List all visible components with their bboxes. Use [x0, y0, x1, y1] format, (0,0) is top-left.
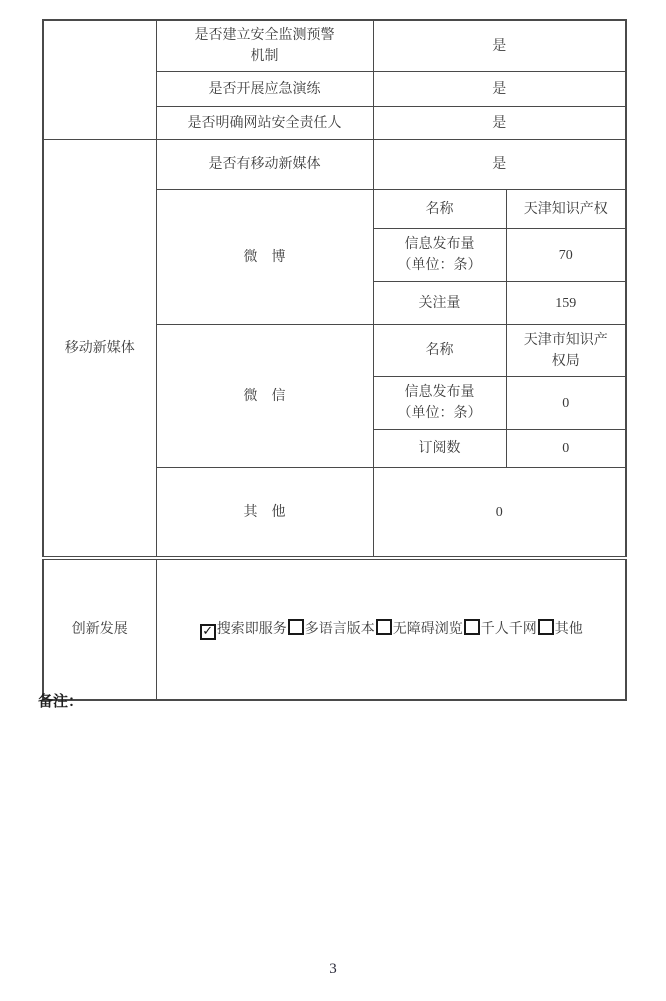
answer-emergency-drill: 是 [373, 72, 626, 107]
table-row: 移动新媒体 是否有移动新媒体 是 [43, 140, 626, 190]
innovation-option-label: 多语言版本 [305, 622, 375, 637]
wechat-name-value: 天津市知识产 权局 [506, 325, 626, 377]
wechat-subscribe-value: 0 [506, 430, 626, 468]
category-innovation: 创新发展 [43, 558, 156, 700]
weibo-followers-value: 159 [506, 282, 626, 325]
weibo-publish-label: 信息发布量 （单位：条） [373, 229, 506, 282]
innovation-options: ✓搜索即服务多语言版本无障碍浏览千人千网其他 [156, 558, 626, 700]
question-security-monitoring: 是否建立安全监测预警 机制 [156, 20, 373, 72]
weibo-name-value: 天津知识产权 [506, 190, 626, 229]
platform-weibo: 微 博 [156, 190, 373, 325]
notes-label: 备注： [38, 690, 83, 711]
question-has-mobile-media: 是否有移动新媒体 [156, 140, 373, 190]
answer-has-mobile-media: 是 [373, 140, 626, 190]
weibo-followers-label: 关注量 [373, 282, 506, 325]
checkbox-unchecked-icon[interactable] [538, 619, 554, 635]
table-row: 是否建立安全监测预警 机制 是 [43, 20, 626, 72]
innovation-option-label: 其他 [555, 622, 583, 637]
question-security-responsible: 是否明确网站安全责任人 [156, 107, 373, 140]
page-number: 3 [0, 961, 666, 978]
checkbox-checked-icon[interactable]: ✓ [200, 624, 216, 640]
checkbox-unchecked-icon[interactable] [288, 619, 304, 635]
wechat-publish-value: 0 [506, 377, 626, 430]
weibo-name-label: 名称 [373, 190, 506, 229]
wechat-publish-label: 信息发布量 （单位：条） [373, 377, 506, 430]
category-cell-empty [43, 20, 156, 140]
answer-security-responsible: 是 [373, 107, 626, 140]
wechat-subscribe-label: 订阅数 [373, 430, 506, 468]
table-row: 创新发展 ✓搜索即服务多语言版本无障碍浏览千人千网其他 [43, 558, 626, 700]
innovation-option-label: 搜索即服务 [217, 622, 287, 637]
innovation-option-label: 千人千网 [481, 622, 537, 637]
weibo-publish-value: 70 [506, 229, 626, 282]
answer-security-monitoring: 是 [373, 20, 626, 72]
innovation-option-label: 无障碍浏览 [393, 622, 463, 637]
platform-wechat: 微 信 [156, 325, 373, 468]
other-value: 0 [373, 468, 626, 559]
category-mobile-media: 移动新媒体 [43, 140, 156, 559]
report-page: 是否建立安全监测预警 机制 是 是否开展应急演练 是 是否明确网站安全责任人 是… [0, 0, 666, 1001]
checkbox-unchecked-icon[interactable] [376, 619, 392, 635]
annual-report-table: 是否建立安全监测预警 机制 是 是否开展应急演练 是 是否明确网站安全责任人 是… [42, 19, 627, 701]
checkbox-unchecked-icon[interactable] [464, 619, 480, 635]
wechat-name-label: 名称 [373, 325, 506, 377]
question-emergency-drill: 是否开展应急演练 [156, 72, 373, 107]
platform-other: 其 他 [156, 468, 373, 559]
